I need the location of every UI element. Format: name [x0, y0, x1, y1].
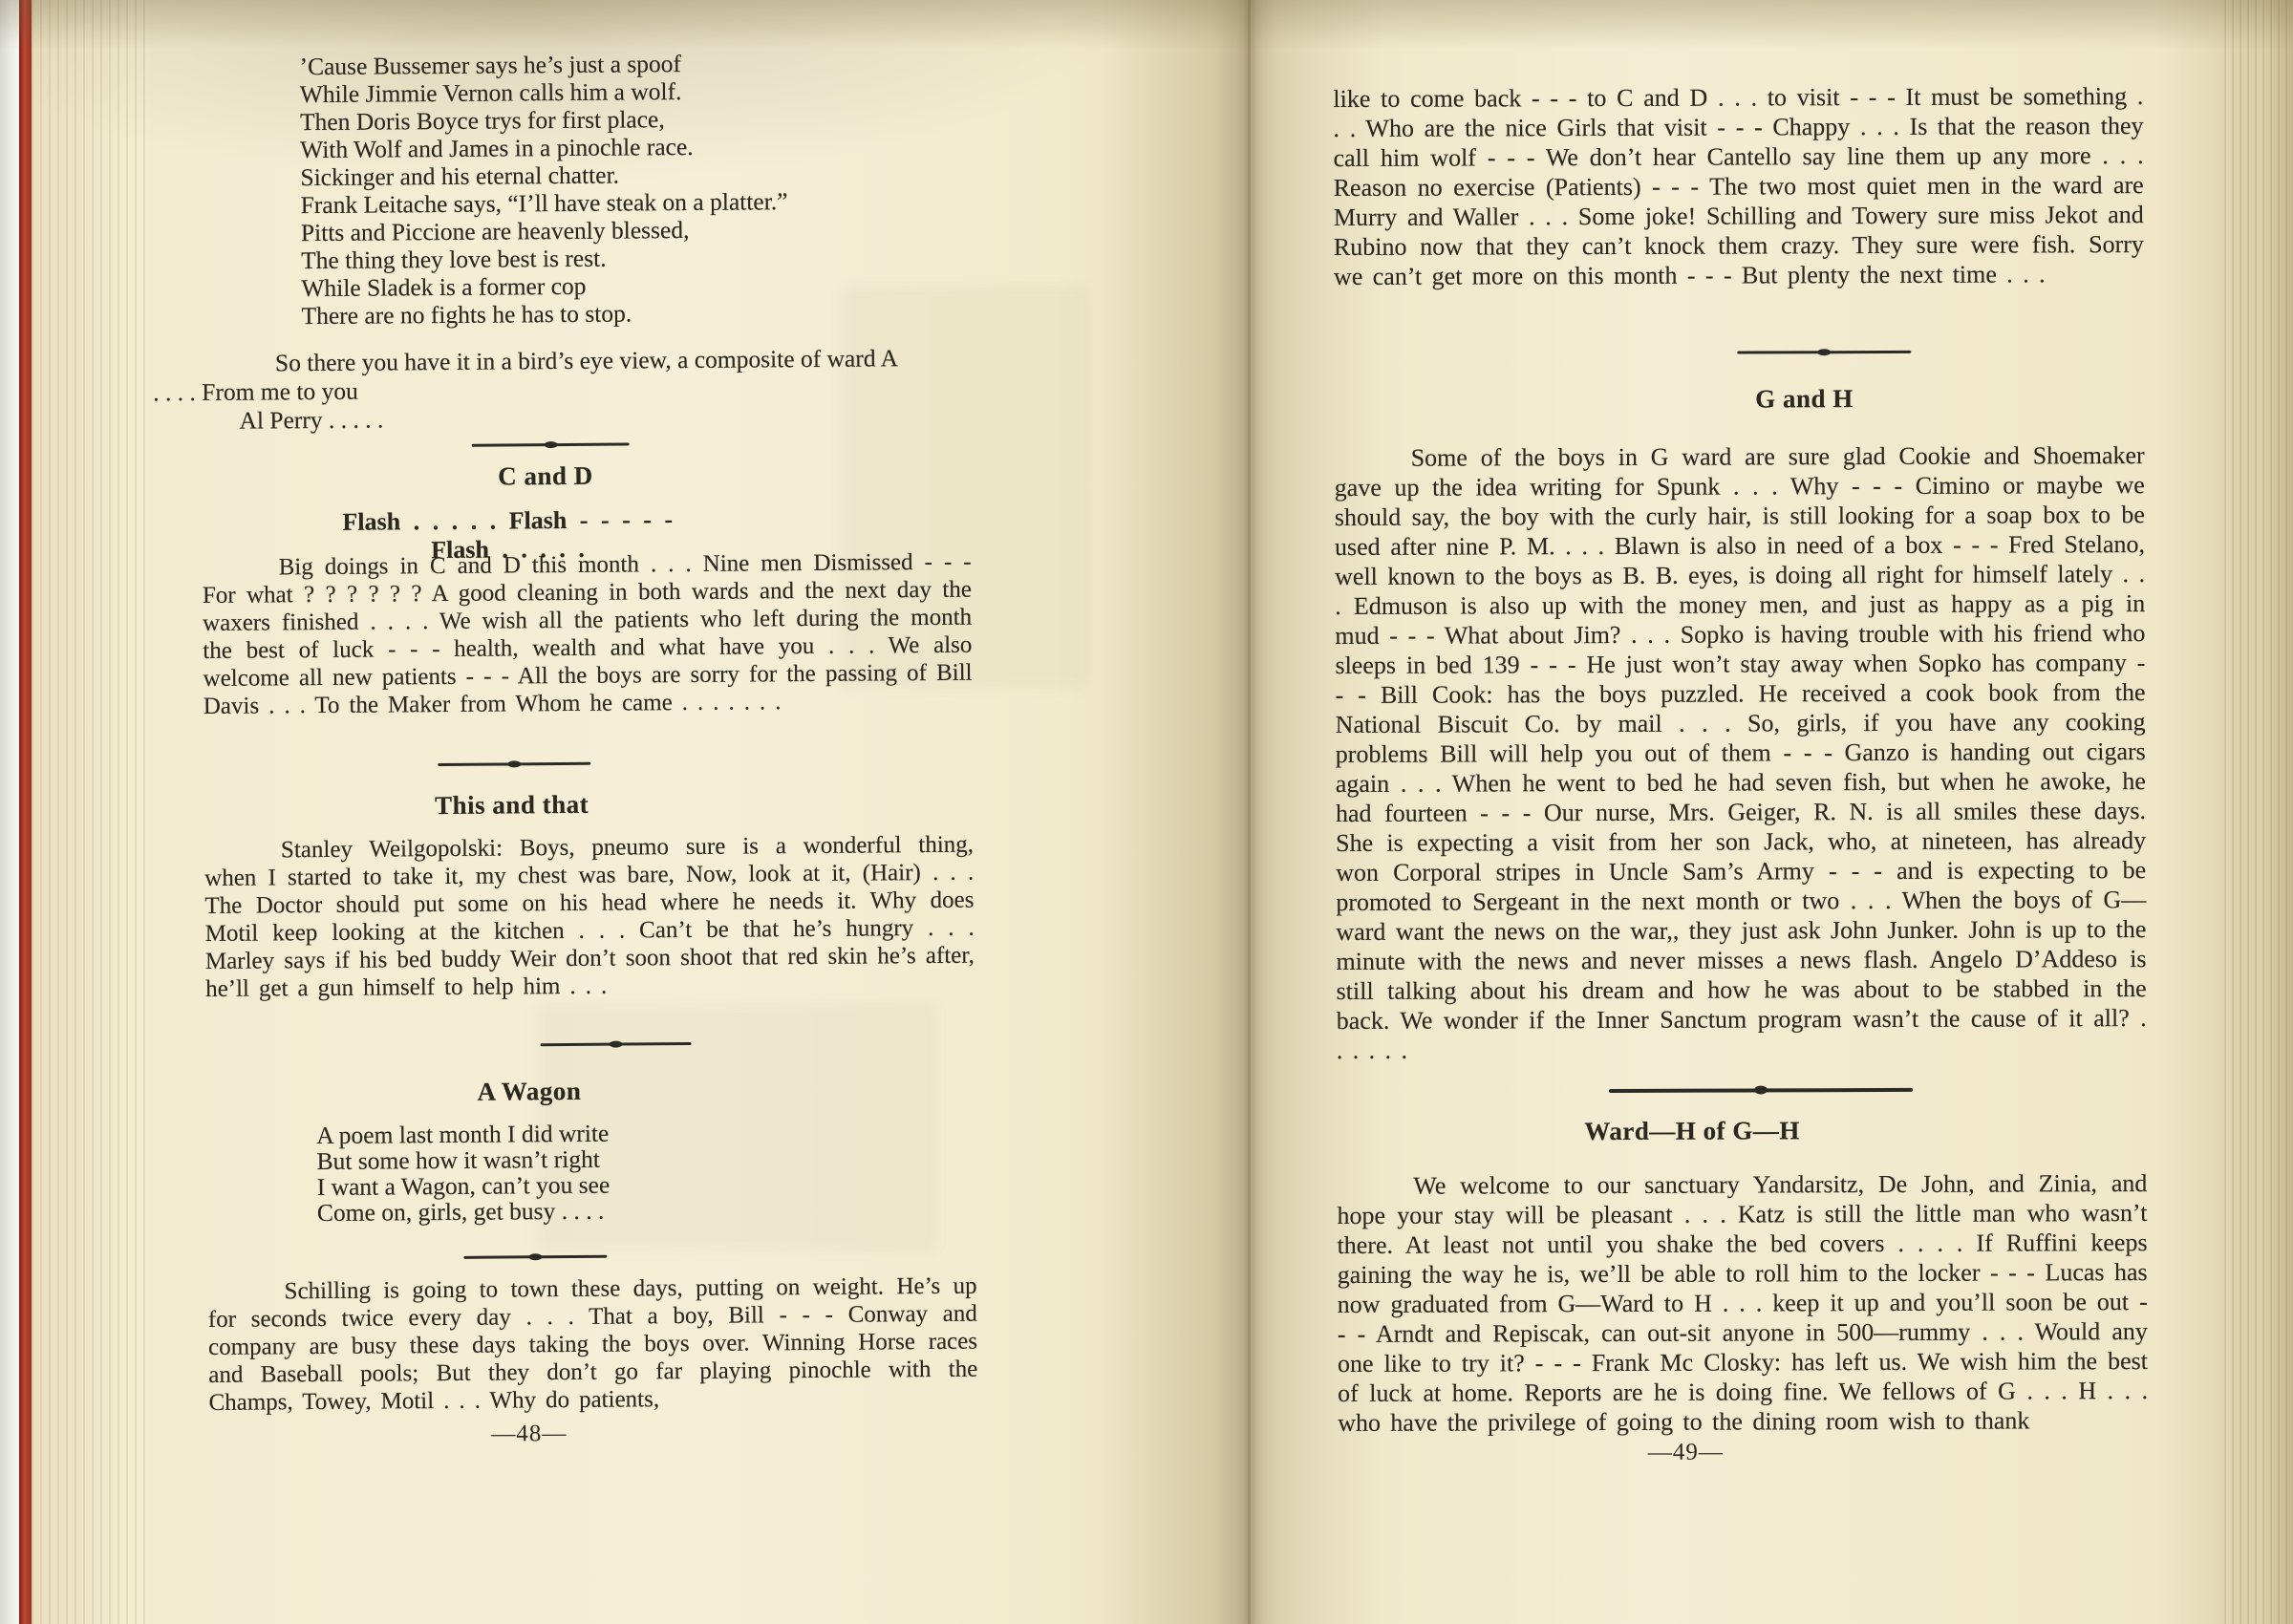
ward-a-poem: ’Cause Bussemer says he’s just a spoof W…	[299, 49, 788, 330]
poem-line: Then Doris Boyce trys for first place,	[300, 104, 787, 136]
poem-line: Frank Leitache says, “I’ll have steak on…	[301, 187, 788, 219]
divider-line	[1765, 1087, 1913, 1092]
open-book-scan: ’Cause Bussemer says he’s just a spoof W…	[0, 0, 2293, 1624]
poem-line: While Jimmie Vernon calls him a wolf.	[300, 76, 787, 108]
signoff-line: Al Perry . . . . .	[239, 401, 970, 436]
page-number-48: —48—	[434, 1421, 625, 1449]
divider-line	[1737, 351, 1820, 353]
poem-line: I want a Wagon, can’t you see	[317, 1172, 611, 1200]
divider-line	[472, 443, 547, 446]
poem-line: While Sladek is a former cop	[301, 270, 788, 302]
red-cover-edge	[19, 0, 32, 1624]
divider-line	[463, 1256, 531, 1259]
gutter-crease-line	[1248, 0, 1251, 1624]
paragraph-g-and-h: Some of the boys in G ward are sure glad…	[1335, 440, 2147, 1065]
left-page: ’Cause Bussemer says he’s just a spoof W…	[198, 0, 979, 1624]
section-divider	[1609, 1085, 1913, 1095]
paragraph-schilling: Schilling is going to town these days, p…	[208, 1272, 978, 1417]
poem-line: But some how it wasn’t right	[316, 1146, 610, 1174]
signoff-line: So there you have it in a bird’s eye vie…	[275, 344, 970, 378]
divider-dot	[544, 441, 557, 448]
divider-dot	[507, 760, 521, 767]
a-wagon-poem: A poem last month I did write But some h…	[316, 1121, 610, 1226]
paragraph-this-and-that: Stanley Weilgopolski: Boys, pneumo sure …	[204, 831, 975, 1003]
poem-line: Pitts and Piccione are heavenly blessed,	[301, 215, 788, 246]
divider-line	[1828, 351, 1911, 353]
divider-line	[438, 763, 510, 766]
paragraph-ward-h: We welcome to our sanctuary Yandarsitz, …	[1337, 1168, 2148, 1438]
divider-line	[539, 1255, 607, 1258]
poem-line: ’Cause Bussemer says he’s just a spoof	[299, 49, 786, 80]
ward-a-signoff: So there you have it in a bird’s eye vie…	[201, 344, 971, 436]
poem-line: There are no fights he has to stop.	[301, 298, 788, 330]
divider-dot	[610, 1041, 623, 1048]
poem-line: Come on, girls, get busy . . . .	[317, 1198, 611, 1226]
poem-line: With Wolf and James in a pinochle race.	[300, 132, 787, 163]
section-divider	[1737, 348, 1911, 357]
section-divider	[463, 1252, 607, 1262]
right-page: like to come back - - - to C and D . . .…	[1333, 0, 2149, 1624]
right-page-stack-edge	[2224, 0, 2293, 1624]
section-divider	[472, 439, 630, 449]
divider-dot	[1817, 349, 1831, 355]
paragraph-c-and-d-continued: like to come back - - - to C and D . . .…	[1333, 81, 2144, 291]
divider-dot	[528, 1253, 542, 1260]
section-heading-c-and-d: C and D	[354, 460, 737, 493]
poem-line: The thing they love best is rest.	[301, 243, 788, 274]
divider-line	[541, 1043, 612, 1046]
divider-line	[1609, 1088, 1757, 1093]
divider-line	[554, 443, 630, 446]
section-divider	[541, 1039, 692, 1049]
poem-line: Sickinger and his eternal chatter.	[300, 160, 787, 191]
divider-dot	[1754, 1085, 1768, 1094]
poem-line: A poem last month I did write	[316, 1121, 610, 1148]
divider-line	[518, 762, 590, 765]
left-page-stack-edge	[32, 0, 151, 1624]
paragraph-c-and-d: Big doings in C and D this month . . . N…	[203, 548, 973, 720]
page-number-49: —49—	[1590, 1439, 1781, 1466]
scanner-edge-strip	[0, 0, 19, 1624]
section-divider	[438, 759, 590, 769]
section-heading-ward-h: Ward—H of G—H	[1501, 1116, 1883, 1146]
section-heading-g-and-h: G and H	[1613, 384, 1995, 415]
divider-line	[620, 1042, 692, 1045]
section-heading-this-and-that: This and that	[321, 789, 703, 822]
section-heading-a-wagon: A Wagon	[338, 1076, 720, 1108]
